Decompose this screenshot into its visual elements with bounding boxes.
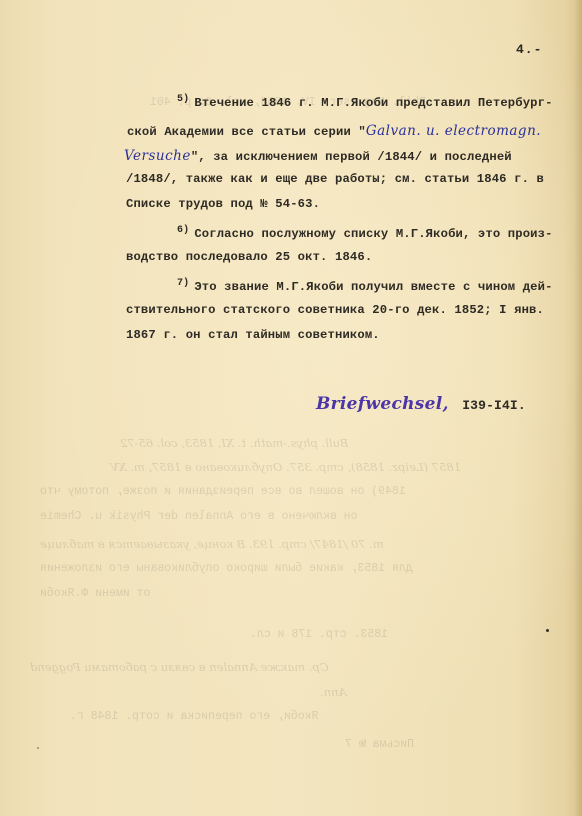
bleed-through-line: Якоби, его переписка и сотр. 1848 г. <box>70 710 318 723</box>
footnote-marker: 7) <box>177 278 189 289</box>
footnote-text: ской Академии все статьи серии " <box>127 125 366 139</box>
bleed-through-line: для 1853, какие были широко опубликованы… <box>40 562 413 575</box>
bleed-through-line: т. 70 /1847/ стр. 193. В конце, указывае… <box>40 537 384 551</box>
reference-line: Briefwechsel, I39-I4I. <box>316 394 526 414</box>
footnote-marker: 5) <box>177 94 189 105</box>
paper-speck <box>546 629 549 632</box>
footnote-6-line-1: 6)Согласно послужному списку М.Г.Якоби, … <box>177 225 553 241</box>
footnote-5-line-4: /1848/, также как и еще две работы; см. … <box>126 172 544 186</box>
footnote-7-line-2: ствительного статского советника 20-го д… <box>126 303 544 317</box>
footnote-5-line-3: Versuche", за исключением первой /1844/ … <box>124 148 512 164</box>
reference-pages: I39-I4I. <box>462 398 526 413</box>
bleed-through-line: он включено в его Annalen der Physik u. … <box>40 510 357 523</box>
document-page: Phil. Mag. ser. IV, 1853, vol. 6, p. 401… <box>0 0 582 816</box>
footnote-5-line-5: Списке трудов под № 54-63. <box>126 197 320 211</box>
bleed-through-line: Ср. также Annalen в связи с работами Pog… <box>30 660 329 674</box>
bleed-through-line: от имени Ф.Якоби <box>40 587 150 600</box>
footnote-5-line-1: 5)Втечение 1846 г. М.Г.Якоби представил … <box>177 94 553 110</box>
bleed-through-line: 1849) он вошел во все переиздания и позж… <box>40 485 406 498</box>
footnote-text: ", за исключением первой /1844/ и послед… <box>191 150 512 164</box>
bleed-through-line: 1857 (Leipz. 1858), стр. 357. Опубликова… <box>110 460 461 474</box>
bleed-through-line: Ann. <box>320 685 347 699</box>
handwritten-insert: Galvan. u. electromagn. <box>366 123 541 139</box>
footnote-text: Согласно послужному списку М.Г.Якоби, эт… <box>194 227 552 241</box>
footnote-6-line-2: водство последовало 25 окт. 1846. <box>126 250 372 264</box>
footnote-7-line-1: 7)Это звание М.Г.Якоби получил вместе с … <box>177 278 553 294</box>
footnote-7-line-3: 1867 г. он стал тайным советником. <box>126 328 380 342</box>
footnote-marker: 6) <box>177 225 189 236</box>
bleed-through-line: Письма № 7 <box>345 738 414 751</box>
handwritten-reference: Briefwechsel, <box>316 394 449 414</box>
bleed-through-line: 1853. стр. 178 и сл. <box>250 628 388 641</box>
paper-speck <box>37 747 39 749</box>
handwritten-insert: Versuche <box>124 148 191 164</box>
footnote-text: Втечение 1846 г. М.Г.Якоби представил Пе… <box>194 96 552 110</box>
footnote-5-line-2: ской Академии все статьи серии "Galvan. … <box>127 123 541 139</box>
page-number: 4.- <box>516 42 542 57</box>
bleed-through-line: Bull. phys.-math. t. XI, 1853, col. 65-7… <box>120 436 348 450</box>
footnote-text: Это звание М.Г.Якоби получил вместе с чи… <box>194 280 552 294</box>
